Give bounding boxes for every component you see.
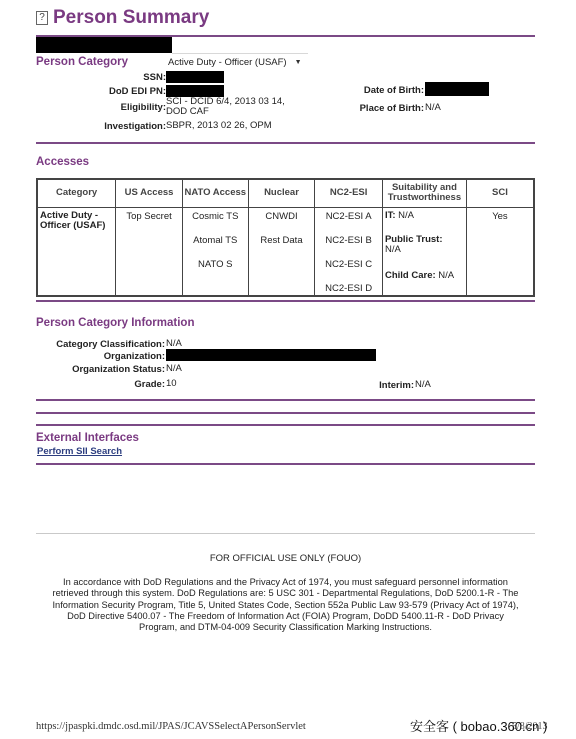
org-status-label: Organization Status:: [72, 364, 165, 375]
org-status-value: N/A: [166, 364, 182, 374]
nato-access-item: Cosmic TS: [183, 211, 248, 235]
watermark: 安全客 ( bobao.360.cn ): [410, 716, 547, 735]
section-divider: [36, 412, 535, 414]
suitability-public-trust: Public Trust:N/A: [385, 235, 466, 255]
col-nato-access: NATO Access: [182, 179, 248, 207]
category-info-heading: Person Category Information: [36, 317, 194, 329]
eligibility-value-2: DOD CAF: [166, 107, 209, 117]
section-divider: [36, 399, 535, 401]
cell-suitability: IT: N/A Public Trust:N/A Child Care: N/A: [382, 207, 466, 296]
interim-value: N/A: [415, 380, 431, 390]
notice-line: DoD Directive 5400.07 - The Freedom of I…: [36, 611, 535, 622]
person-category-selected: Active Duty - Officer (USAF): [168, 57, 287, 68]
classification-label: Category Classification:: [56, 339, 165, 350]
help-icon[interactable]: ?: [36, 11, 48, 25]
col-us-access: US Access: [116, 179, 183, 207]
footer-divider: [36, 533, 535, 534]
page-url: https://jpaspki.dmdc.osd.mil/JPAS/JCAVSS…: [36, 721, 306, 732]
cell-us-access: Top Secret: [116, 207, 183, 296]
suitability-it: IT: N/A: [385, 211, 466, 221]
edipn-label: DoD EDI PN:: [109, 86, 166, 97]
section-divider: [36, 142, 535, 144]
col-nuclear: Nuclear: [248, 179, 315, 207]
cell-nuclear: CNWDI Rest Data: [248, 207, 315, 296]
notice-line: retrieved through this system. DoD Regul…: [36, 588, 535, 599]
accesses-heading: Accesses: [36, 156, 89, 168]
section-divider: [36, 300, 535, 302]
nuclear-item: Rest Data: [249, 235, 315, 259]
pob-value: N/A: [425, 103, 441, 113]
cell-nato-access: Cosmic TS Atomal TS NATO S: [182, 207, 248, 296]
section-divider: [36, 424, 535, 426]
ssn-label: SSN:: [143, 72, 166, 83]
pob-label: Place of Birth:: [360, 103, 424, 114]
table-header-row: Category US Access NATO Access Nuclear N…: [37, 179, 534, 207]
redacted-ssn: [166, 71, 224, 83]
grade-value: 10: [166, 379, 177, 389]
classification-value: N/A: [166, 339, 182, 349]
col-category: Category: [37, 179, 116, 207]
notice-line: Program, and DTM-04-009 Security Classif…: [36, 622, 535, 633]
chevron-down-icon: ▼: [295, 59, 302, 66]
col-sci: SCI: [466, 179, 534, 207]
table-row: Active Duty - Officer (USAF) Top Secret …: [37, 207, 534, 296]
notice-line: Information Security Program, Title 5, U…: [36, 600, 535, 611]
perform-sii-search-link[interactable]: Perform SII Search: [37, 446, 122, 457]
dob-label: Date of Birth:: [364, 85, 424, 96]
section-divider: [36, 463, 535, 465]
grade-label: Grade:: [134, 379, 165, 390]
col-suitability: Suitability and Trustworthiness: [382, 179, 466, 207]
cell-nc2-esi: NC2-ESI A NC2-ESI B NC2-ESI C NC2-ESI D: [315, 207, 383, 296]
name-field-underline: [172, 53, 308, 54]
accesses-table: Category US Access NATO Access Nuclear N…: [36, 178, 535, 297]
external-interfaces-heading: External Interfaces: [36, 432, 139, 444]
organization-label: Organization:: [104, 351, 165, 362]
redacted-dob: [425, 82, 489, 96]
nc2-esi-item: NC2-ESI B: [315, 235, 382, 259]
nuclear-item: CNWDI: [249, 211, 315, 235]
fouo-banner: FOR OFFICIAL USE ONLY (FOUO): [36, 553, 535, 564]
nato-access-item: Atomal TS: [183, 235, 248, 259]
investigation-value: SBPR, 2013 02 26, OPM: [166, 121, 272, 131]
eligibility-label: Eligibility:: [121, 102, 166, 113]
redacted-organization: [166, 349, 376, 361]
investigation-label: Investigation:: [104, 121, 166, 132]
privacy-notice: In accordance with DoD Regulations and t…: [36, 577, 535, 633]
person-category-select[interactable]: Active Duty - Officer (USAF) ▼: [168, 57, 302, 68]
suitability-child-care: Child Care: N/A: [385, 271, 466, 281]
cell-sci: Yes: [466, 207, 534, 296]
redacted-name: [36, 37, 172, 53]
nato-access-item: NATO S: [183, 259, 248, 283]
nc2-esi-item: NC2-ESI D: [315, 283, 382, 295]
page-title: ? Person Summary: [36, 7, 209, 29]
interim-label: Interim:: [379, 380, 414, 391]
cell-category: Active Duty - Officer (USAF): [37, 207, 116, 296]
nc2-esi-item: NC2-ESI A: [315, 211, 382, 235]
col-nc2-esi: NC2-ESI: [315, 179, 383, 207]
page-title-text: Person Summary: [53, 7, 209, 29]
notice-line: In accordance with DoD Regulations and t…: [36, 577, 535, 588]
person-category-heading: Person Category: [36, 56, 128, 68]
nc2-esi-item: NC2-ESI C: [315, 259, 382, 283]
